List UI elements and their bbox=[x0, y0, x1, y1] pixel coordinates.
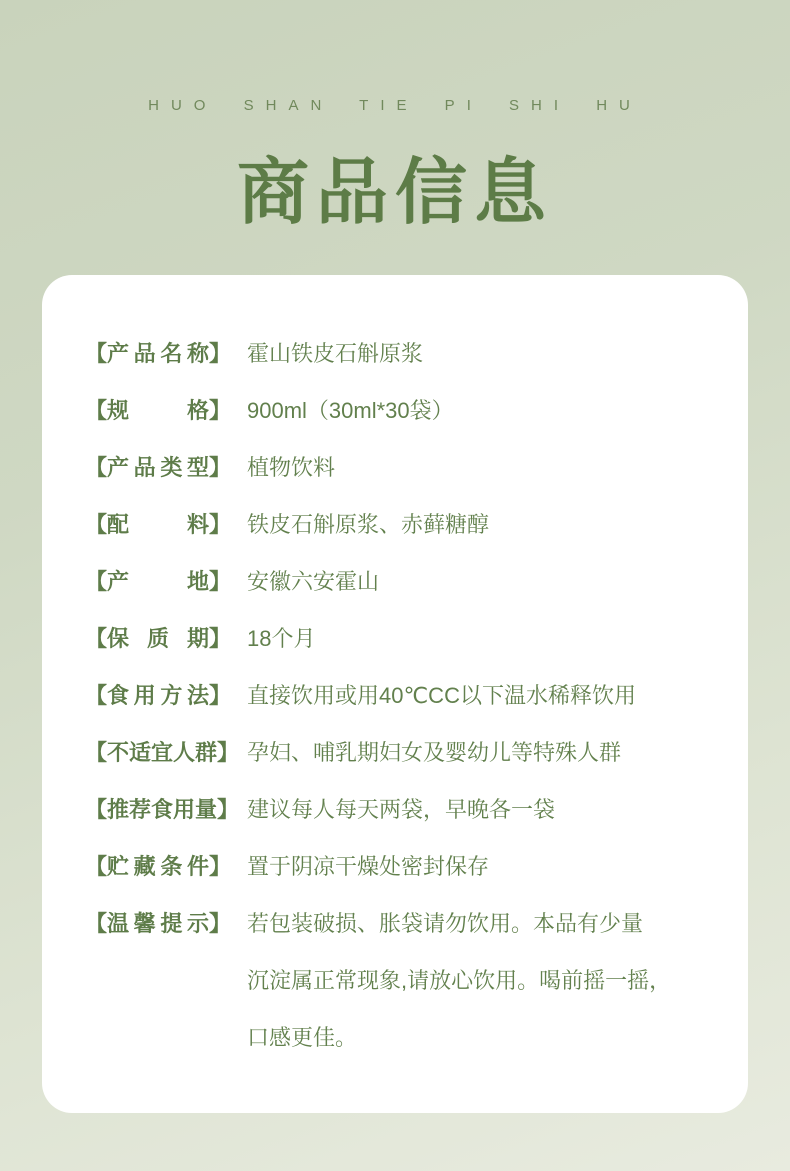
open-bracket: 【 bbox=[85, 838, 107, 895]
close-bracket: 】 bbox=[209, 838, 231, 895]
field-label: 【规格】 bbox=[85, 382, 231, 439]
field-value: 900ml（30ml*30袋） bbox=[247, 382, 712, 439]
row-recommended-dosage: 【推荐食用量】 建议每人每天两袋，早晚各一袋 bbox=[85, 781, 712, 838]
field-value: 孕妇、哺乳期妇女及婴幼儿等特殊人群 bbox=[247, 724, 712, 781]
row-usage-method: 【食用方法】 直接饮用或用40℃CC以下温水稀释饮用 bbox=[85, 667, 712, 724]
field-label: 【产地】 bbox=[85, 553, 231, 610]
open-bracket: 【 bbox=[85, 553, 107, 610]
product-info-card: 【产品名称】 霍山铁皮石斛原浆 【规格】 900ml（30ml*30袋） 【产品… bbox=[42, 275, 748, 1113]
open-bracket: 【 bbox=[85, 382, 107, 439]
row-spec: 【规格】 900ml（30ml*30袋） bbox=[85, 382, 712, 439]
open-bracket: 【 bbox=[85, 724, 107, 781]
open-bracket: 【 bbox=[85, 496, 107, 553]
row-ingredients: 【配料】 铁皮石斛原浆、赤藓糖醇 bbox=[85, 496, 712, 553]
field-value: 建议每人每天两袋，早晚各一袋 bbox=[247, 781, 712, 838]
row-shelf-life: 【保质期】 18个月 bbox=[85, 610, 712, 667]
field-label: 【不适宜人群】 bbox=[85, 724, 231, 781]
row-unsuitable-groups: 【不适宜人群】 孕妇、哺乳期妇女及婴幼儿等特殊人群 bbox=[85, 724, 712, 781]
open-bracket: 【 bbox=[85, 895, 107, 952]
field-value: 安徽六安霍山 bbox=[247, 553, 712, 610]
field-value: 直接饮用或用40℃CC以下温水稀释饮用 bbox=[247, 667, 712, 724]
field-value: 若包装破损、胀袋请勿饮用。本品有少量 沉淀属正常现象,请放心饮用。喝前摇一摇， … bbox=[247, 895, 712, 1066]
row-product-type: 【产品类型】 植物饮料 bbox=[85, 439, 712, 496]
close-bracket: 】 bbox=[217, 724, 239, 781]
close-bracket: 】 bbox=[209, 325, 231, 382]
close-bracket: 】 bbox=[209, 895, 231, 952]
field-label: 【温馨提示】 bbox=[85, 895, 231, 952]
field-value: 霍山铁皮石斛原浆 bbox=[247, 325, 712, 382]
field-value: 18个月 bbox=[247, 610, 712, 667]
close-bracket: 】 bbox=[209, 496, 231, 553]
field-label: 【配料】 bbox=[85, 496, 231, 553]
open-bracket: 【 bbox=[85, 610, 107, 667]
close-bracket: 】 bbox=[209, 610, 231, 667]
open-bracket: 【 bbox=[85, 439, 107, 496]
field-label: 【食用方法】 bbox=[85, 667, 231, 724]
close-bracket: 】 bbox=[209, 382, 231, 439]
brand-eyebrow: HUO SHAN TIE PI SHI HU bbox=[0, 97, 790, 114]
open-bracket: 【 bbox=[85, 325, 107, 382]
close-bracket: 】 bbox=[209, 439, 231, 496]
field-label: 【保质期】 bbox=[85, 610, 231, 667]
page-title: 商品信息 bbox=[0, 134, 790, 238]
field-label: 【产品名称】 bbox=[85, 325, 231, 382]
open-bracket: 【 bbox=[85, 667, 107, 724]
field-value: 植物饮料 bbox=[247, 439, 712, 496]
close-bracket: 】 bbox=[217, 781, 239, 838]
field-value: 铁皮石斛原浆、赤藓糖醇 bbox=[247, 496, 712, 553]
row-warm-tips: 【温馨提示】 若包装破损、胀袋请勿饮用。本品有少量 沉淀属正常现象,请放心饮用。… bbox=[85, 895, 712, 1066]
row-origin: 【产地】 安徽六安霍山 bbox=[85, 553, 712, 610]
row-product-name: 【产品名称】 霍山铁皮石斛原浆 bbox=[85, 325, 712, 382]
row-storage-conditions: 【贮藏条件】 置于阴凉干燥处密封保存 bbox=[85, 838, 712, 895]
field-label: 【产品类型】 bbox=[85, 439, 231, 496]
page-background: HUO SHAN TIE PI SHI HU 商品信息 【产品名称】 霍山铁皮石… bbox=[0, 0, 790, 1171]
field-label: 【推荐食用量】 bbox=[85, 781, 231, 838]
field-value: 置于阴凉干燥处密封保存 bbox=[247, 838, 712, 895]
field-label: 【贮藏条件】 bbox=[85, 838, 231, 895]
close-bracket: 】 bbox=[209, 553, 231, 610]
open-bracket: 【 bbox=[85, 781, 107, 838]
close-bracket: 】 bbox=[209, 667, 231, 724]
